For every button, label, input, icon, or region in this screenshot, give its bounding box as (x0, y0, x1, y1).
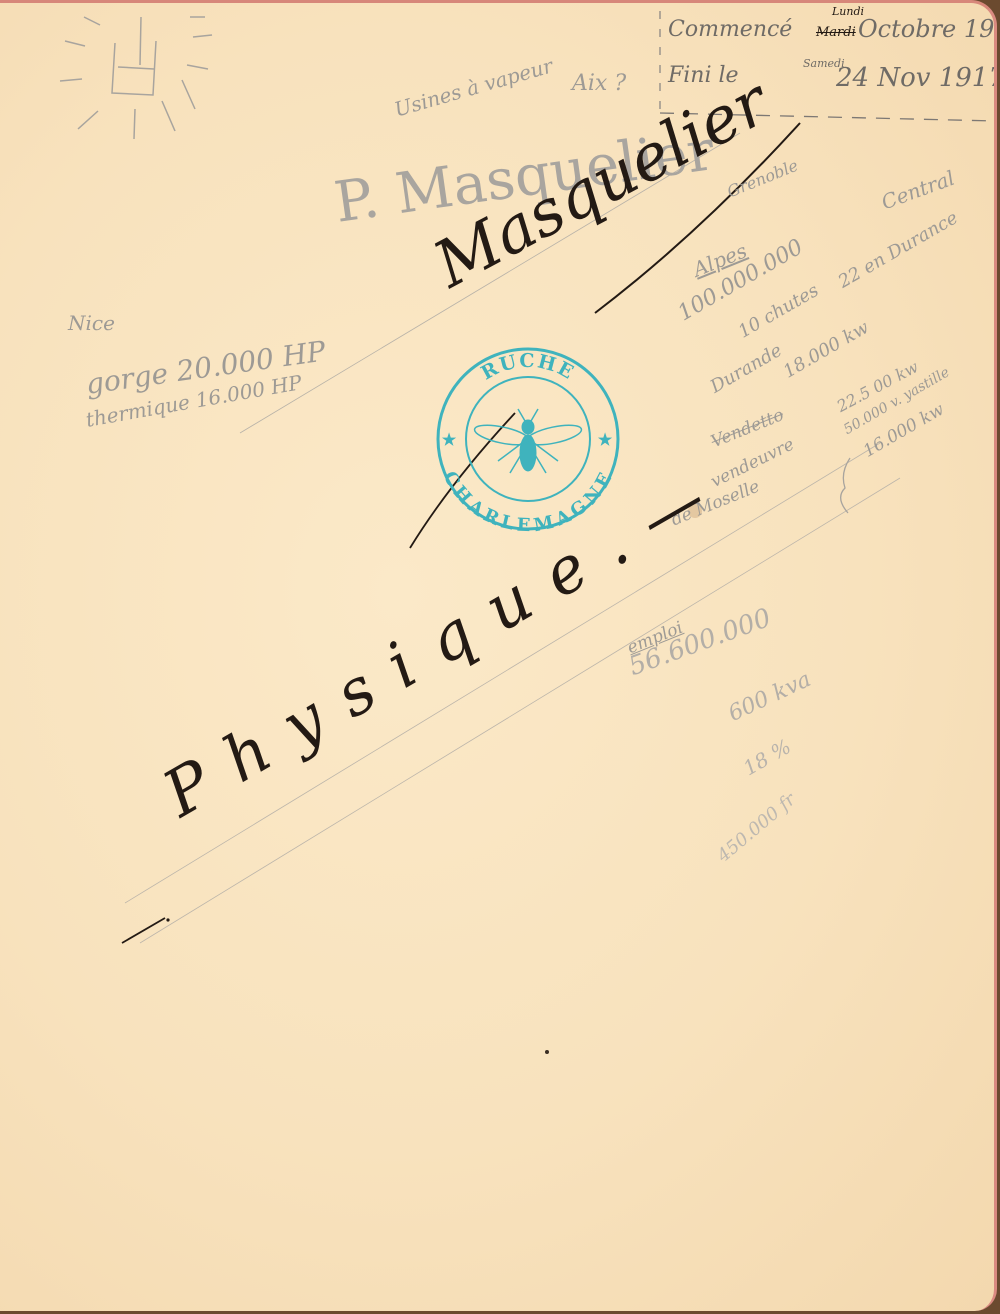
notebook-page: RUCHE CHARLEMAGNE ★ ★ Commencé Lundi Mar… (0, 0, 997, 1311)
start-date: Octobre 1917 (858, 15, 997, 43)
star-icon: ★ (442, 430, 458, 449)
ruche-charlemagne-stamp: RUCHE CHARLEMAGNE ★ ★ (438, 349, 618, 536)
end-date: 24 Nov 1917 (836, 63, 997, 93)
star-icon: ★ (598, 430, 614, 449)
nice-heading: Nice (68, 311, 115, 335)
aix-note: Aix ? (572, 71, 626, 96)
start-label: Commencé (668, 17, 792, 42)
start-day-struck: Mardi (816, 25, 856, 40)
lamp-sketch-icon (60, 17, 212, 139)
